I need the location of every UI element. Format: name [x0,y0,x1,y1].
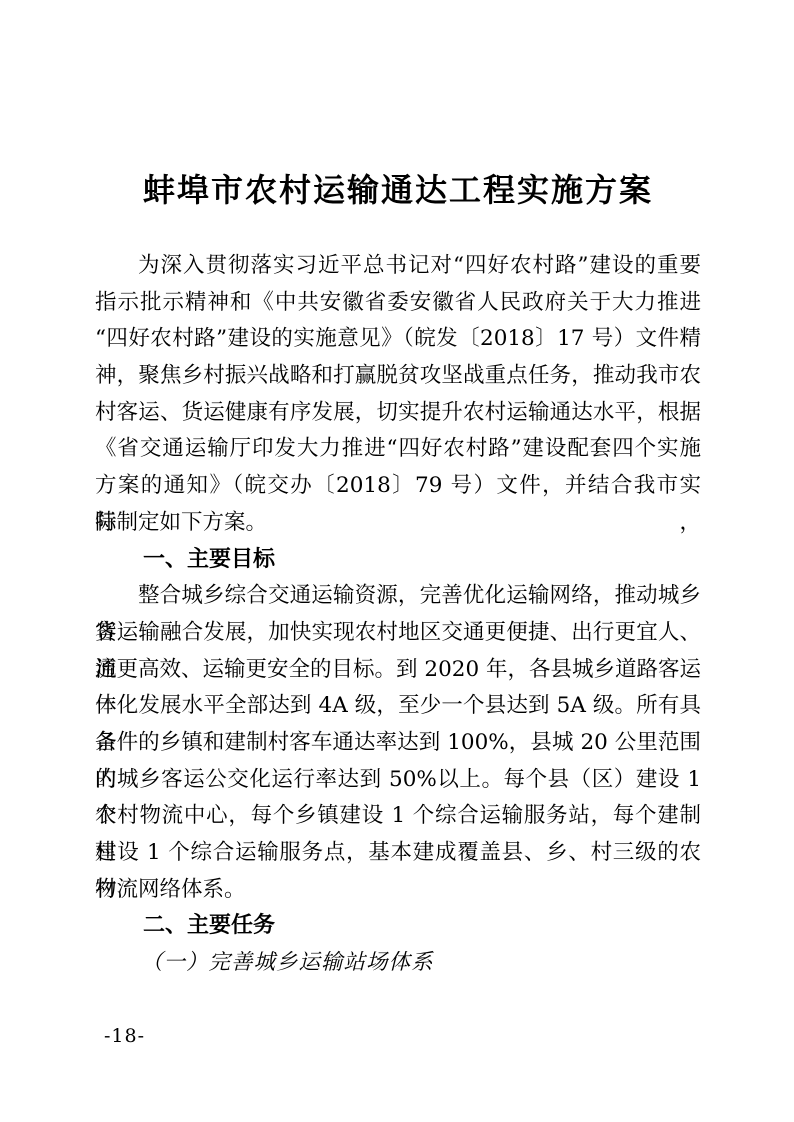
paragraph-line: 村客运、货运健康有序发展，切实提升农村运输通达水平，根据 [95,395,701,432]
paragraph-line: 体化发展水平全部达到 4A 级，至少一个县达到 5A 级。所有具备 [95,688,701,725]
paragraph-line: 农村物流中心，每个乡镇建设 1 个综合运输服务站，每个建制村 [95,798,701,835]
document-page: 蚌埠市农村运输通达工程实施方案 为深入贯彻落实习近平总书记对“四好农村路”建设的… [0,0,794,1122]
paragraph-line: 整合城乡综合交通运输资源，完善优化运输网络，推动城乡客 [95,578,701,615]
paragraph-line: 方案的通知》（皖交办〔2018〕79 号）文件，并结合我市实际， [95,468,701,505]
section-heading-main-goals: 一、主要目标 [95,542,701,579]
paragraph-line: 的城乡客运公交化运行率达到 50%以上。每个县（区）建设 1 个 [95,762,701,799]
section-heading-main-tasks: 二、主要任务 [95,908,701,945]
page-number: -18- [104,1025,145,1047]
paragraph-line: 条件的乡镇和建制村客车通达率达到 100%，县城 20 公里范围内 [95,725,701,762]
subsection-heading-station-system: （一）完善城乡运输站场体系 [95,945,701,982]
paragraph-line: 建设 1 个综合运输服务点，基本建成覆盖县、乡、村三级的农村 [95,835,701,872]
paragraph-line: 神，聚焦乡村振兴战略和打赢脱贫攻坚战重点任务，推动我市农 [95,358,701,395]
paragraph-line: 货运输融合发展，加快实现农村地区交通更便捷、出行更宜人、流 [95,615,701,652]
document-body: 为深入贯彻落实习近平总书记对“四好农村路”建设的重要 指示批示精神和《中共安徽省… [95,248,701,982]
paragraph-line: 指示批示精神和《中共安徽省委安徽省人民政府关于大力推进 [95,285,701,322]
paragraph-line: 通更高效、运输更安全的目标。到 2020 年，各县城乡道路客运一 [95,652,701,689]
paragraph-line: “四好农村路”建设的实施意见》（皖发〔2018〕17 号）文件精 [95,321,701,358]
paragraph-line: 为深入贯彻落实习近平总书记对“四好农村路”建设的重要 [95,248,701,285]
paragraph-line: 物流网络体系。 [95,872,701,909]
paragraph-line: 《省交通运输厅印发大力推进“四好农村路”建设配套四个实施 [95,431,701,468]
document-title: 蚌埠市农村运输通达工程实施方案 [95,165,701,211]
